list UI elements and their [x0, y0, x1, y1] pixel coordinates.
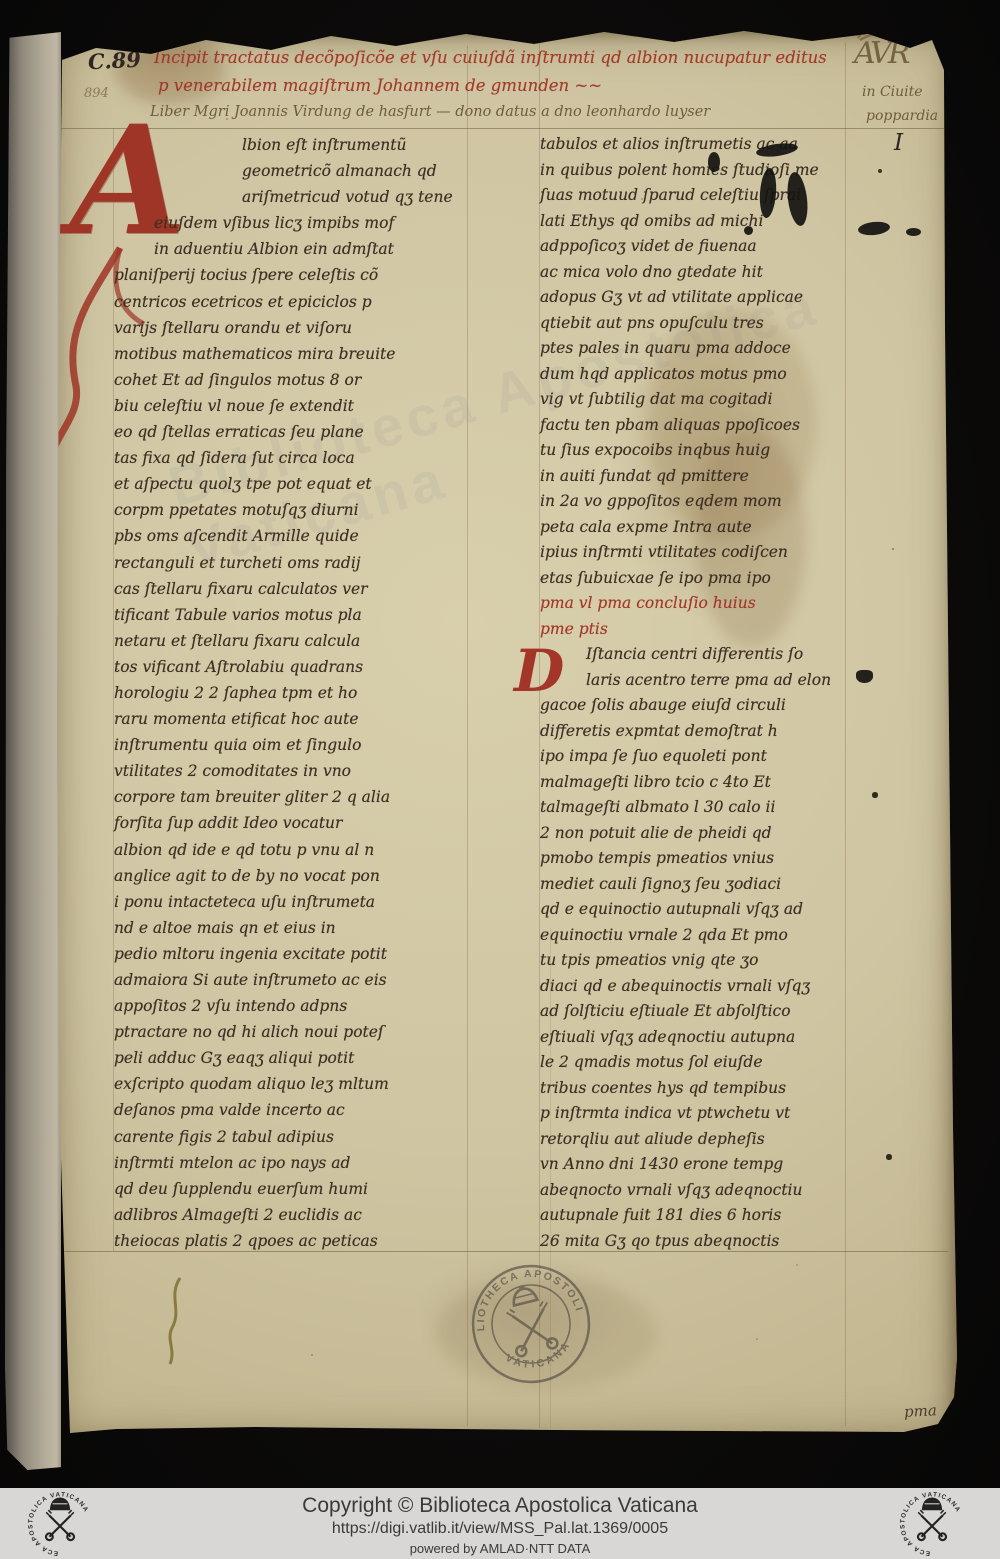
library-stamp: BIBLIOTHECA APOSTOLICA VATICANA — [446, 1239, 616, 1409]
manuscript-text-line: ariſmetricud votud qʒ tene — [114, 184, 470, 210]
manuscript-text-line: pme ptis — [540, 617, 850, 643]
manuscript-text-line: 26 mita Gʒ qo tpus abeqnoctis — [540, 1229, 850, 1255]
manuscript-text-line: abeqnocto vrnali vſqʒ adeqnoctiu — [540, 1178, 850, 1204]
manuscript-text-line: ptes pales in quaru pma addoce — [540, 336, 850, 362]
manuscript-text-line: inſtrmti mtelon ac ipo nays ad — [114, 1150, 470, 1176]
manuscript-text-line: tos vificant Aſtrolabiu quadrans — [114, 654, 470, 680]
stamp-text-bottom: VATICANA — [501, 1336, 577, 1378]
manuscript-text-line: geometricõ almanach qd — [114, 158, 470, 184]
manuscript-text-line: motibus mathematicos mira breuite — [114, 341, 470, 367]
manuscript-text-line: in auiti fundat qd pmittere — [540, 464, 850, 490]
text-column-2: tabulos et alios inſtrumetis ac aain qui… — [540, 132, 850, 1254]
manuscript-text-line: cas ſtellaru fixaru calculatos ver — [114, 576, 470, 602]
manuscript-text-line: cohet Et ad ſingulos motus 8 or — [114, 367, 470, 393]
manuscript-text-line: ptractare no qd hi alich noui poteſ — [114, 1019, 470, 1045]
manuscript-text-line: tas fixa qd ſidera ſut circa loca — [114, 445, 470, 471]
copyright-line: Copyright © Biblioteca Apostolica Vatica… — [150, 1494, 850, 1518]
manuscript-text-line: carente figis 2 tabul adipius — [114, 1124, 470, 1150]
manuscript-text-line: autupnale fuit 181 dies 6 horis — [540, 1203, 850, 1229]
ink-blot — [744, 226, 753, 235]
pen-trial-mark — [160, 1276, 188, 1366]
manuscript-text-line: et aſpectu quolʒ tpe pot equat et — [114, 471, 470, 497]
manuscript-text-line: anglice agit to de by no vocat pon — [114, 863, 470, 889]
manuscript-text-line: tu ſius expocoibs inqbus huig — [540, 438, 850, 464]
manuscript-text-line: pma vl pma concluſio huius — [540, 591, 850, 617]
manuscript-text-line: qtiebit aut pns opuſculu tres — [540, 311, 850, 337]
manuscript-text-line: i ponu intacteteca uſu inſtrumeta — [114, 889, 470, 915]
manuscript-text-line: laris acentro terre pma ad elon — [540, 668, 850, 694]
ink-blot — [857, 220, 890, 236]
manuscript-text-line: biu celeſtiu vl noue ſe extendit — [114, 393, 470, 419]
manuscript-page: Biblioteca Apostolica Vaticana C.89 894 … — [56, 28, 958, 1440]
catchword: pma — [904, 1401, 938, 1421]
text-column-1: lbion eſt inſtrumentũgeometricõ almanach… — [114, 132, 470, 1254]
manuscript-text-line: adopus Gʒ vt ad vtilitate applicae — [540, 285, 850, 311]
svg-text:VATICANA: VATICANA — [501, 1336, 577, 1378]
manuscript-text-line: tu tpis pmeatios vnig qte ʒo — [540, 948, 850, 974]
manuscript-text-line: adppoſicoʒ videt de fiuenaa — [540, 234, 850, 260]
powered-by-line: powered by AMLAD·NTT DATA — [150, 1541, 850, 1556]
manuscript-text-line: horologiu 2 2 ſaphea tpm et ho — [114, 680, 470, 706]
manuscript-text-line: in quibus polent homies ſtudioſi me — [540, 158, 850, 184]
manuscript-text-line: talmageſti albmato l 30 calo ii — [540, 795, 850, 821]
manuscript-text-line: netaru et ſtellaru fixaru calcula — [114, 628, 470, 654]
manuscript-text-line: centricos ecetricos et epiciclos p — [114, 289, 470, 315]
manuscript-text-line: eiuſdem vſibus licʒ impibs mof — [114, 210, 470, 236]
manuscript-text-line: malmageſti libro tcio c 4to Et — [540, 770, 850, 796]
vatican-library-emblem: BIBLIOTECA APOSTOLICA VATICANA — [26, 1490, 94, 1558]
ink-blot — [708, 152, 720, 172]
rubric-line-1: Incipit tractatus decõpoſicõe et vſu cui… — [154, 48, 827, 67]
manuscript-text-line: pbs oms aſcendit Armille quide — [114, 523, 470, 549]
manuscript-text-line: appoſitos 2 vſu intendo adpns — [114, 993, 470, 1019]
manuscript-text-line: tribus coentes hys qd tempibus — [540, 1076, 850, 1102]
scan-footer: BIBLIOTECA APOSTOLICA VATICANA BIBLIOTEC… — [0, 1488, 1000, 1559]
manuscript-text-line: p inſtrmta indica vt ptwchetu vt — [540, 1101, 850, 1127]
manuscript-text-line: lbion eſt inſtrumentũ — [114, 132, 470, 158]
manuscript-text-line: factu ten pbam aliquas ppoſicoes — [540, 413, 850, 439]
manuscript-text-line: qd deu ſupplendu euerſum humi — [114, 1176, 470, 1202]
manuscript-text-line: exſcripto quodam aliquo leʒ mltum — [114, 1071, 470, 1097]
vatican-library-emblem: BIBLIOTECA APOSTOLICA VATICANA — [898, 1490, 966, 1558]
ink-blot — [906, 228, 921, 236]
manuscript-text-line: le 2 qmadis motus ſol eiuſde — [540, 1050, 850, 1076]
manuscript-text-line: diaci qd e abequinoctis vrnali vſqʒ — [540, 974, 850, 1000]
manuscript-text-line: albion qd ide e qd totu p vnu al n — [114, 837, 470, 863]
manuscript-text-line: ad ſolſticiu eſtiuale Et abſolſtico — [540, 999, 850, 1025]
manuscript-text-line: raru momenta etificat hoc aute — [114, 706, 470, 732]
manuscript-text-line: 2 non potuit alie de pheidi qd — [540, 821, 850, 847]
manuscript-text-line: vtilitates 2 comoditates in vno — [114, 758, 470, 784]
manuscript-text-line: corpm ppetates motuſqʒ diurni — [114, 497, 470, 523]
manuscript-text-line: tabulos et alios inſtrumetis ac aa — [540, 132, 850, 158]
rubric-line-2: p venerabilem magiſtrum Johannem de gmun… — [158, 76, 602, 95]
manuscript-text-line: dum hqd applicatos motus pmo — [540, 362, 850, 388]
manuscript-text-line: etas ſubuicxae ſe ipo pma ipo — [540, 566, 850, 592]
manuscript-text-line: planiſperij tocius ſpere celeſtis cõ — [114, 262, 470, 288]
manuscript-text-line: vig vt ſubtilig dat ma cogitadi — [540, 387, 850, 413]
book-block-edge — [5, 32, 61, 1470]
manuscript-text-line: differetis expmtat demoſtrat h — [540, 719, 850, 745]
manuscript-text-line: gacoe ſolis abauge eiuſd circuli — [540, 693, 850, 719]
manuscript-text-line: varijs ſtellaru orandu et viſoru — [114, 315, 470, 341]
manuscript-text-line: inſtrumentu quia oim et ſingulo — [114, 732, 470, 758]
manuscript-text-line: eſtiuali vſqʒ adeqnoctiu autupna — [540, 1025, 850, 1051]
manuscript-text-line: pmobo tempis pmeatios vnius — [540, 846, 850, 872]
manuscript-text-line: ac mica volo dno gtedate hit — [540, 260, 850, 286]
source-url: https://digi.vatlib.it/view/MSS_Pal.lat.… — [150, 1520, 850, 1538]
manuscript-text-line: theiocas platis 2 qpoes ac peticas — [114, 1228, 470, 1254]
ex-libris-place-2: poppardia — [866, 108, 938, 124]
manuscript-text-line: peta cala expme Intra aute — [540, 515, 850, 541]
manuscript-text-line: peli adduc Gʒ eaqʒ aliqui potit — [114, 1045, 470, 1071]
manuscript-text-line: adlibros Almageſti 2 euclidis ac — [114, 1202, 470, 1228]
manuscript-text-line: vn Anno dni 1430 erone tempg — [540, 1152, 850, 1178]
manuscript-text-line: admaiora Si aute inſtrumeto ac eis — [114, 967, 470, 993]
manuscript-text-line: pedio mltoru ingenia excitate potit — [114, 941, 470, 967]
manuscript-text-line: mediet cauli ſignoʒ ſeu ʒodiaci — [540, 872, 850, 898]
manuscript-text-line: ipo impa ſe ſuo equoleti pont — [540, 744, 850, 770]
manuscript-text-line: retorqliu aut aliude depheſis — [540, 1127, 850, 1153]
manuscript-text-line: in 2a vo gppoſitos eqdem mom — [540, 489, 850, 515]
manuscript-text-line: equinoctiu vrnale 2 qda Et pmo — [540, 923, 850, 949]
manuscript-text-line: tificant Tabule varios motus pla — [114, 602, 470, 628]
manuscript-text-line: ipius inſtrmti vtilitates codiſcen — [540, 540, 850, 566]
manuscript-text-line: qd e equinoctio autupnali vſqʒ ad — [540, 897, 850, 923]
manuscript-text-line: eo qd ſtellas erraticas ſeu plane — [114, 419, 470, 445]
manuscript-text-line: corpore tam breuiter gliter 2 q alia — [114, 784, 470, 810]
ruling-top — [58, 128, 944, 129]
folio-numeral: I — [894, 130, 903, 156]
manuscript-text-line: Iſtancia centri differentis ſo — [540, 642, 850, 668]
ex-libris-place-1: in Ciuite — [862, 84, 923, 100]
ink-blot — [856, 670, 873, 683]
manuscript-text-line: forſita ſup addit Ideo vocatur — [114, 810, 470, 836]
manuscript-text-line: nd e altoe mais qn et eius in — [114, 915, 470, 941]
manuscript-text-line: deſanos pma valde incerto ac — [114, 1097, 470, 1123]
manuscript-text-line: rectanguli et turcheti oms radij — [114, 550, 470, 576]
manuscript-text-line: in aduentiu Albion ein admſtat — [114, 236, 470, 262]
ex-libris: Liber Mgri Joannis Virdung de hasfurt — … — [150, 104, 710, 120]
